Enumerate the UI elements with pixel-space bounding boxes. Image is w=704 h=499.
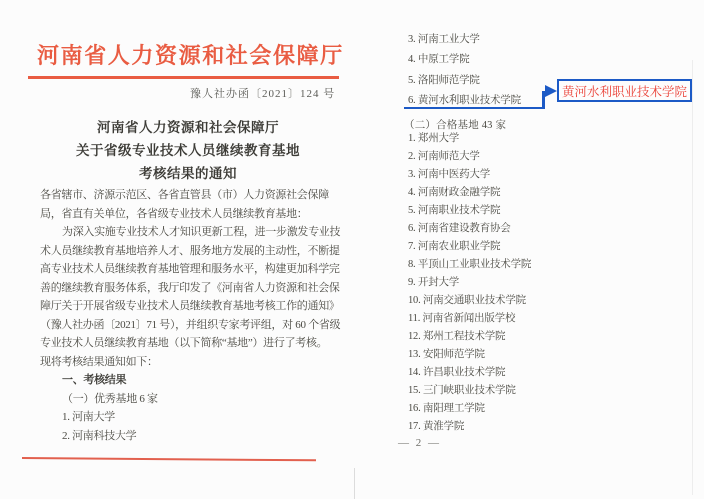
page1-footer-red-line: [22, 457, 316, 461]
body-line: 各省辖市、济源示范区、各省直管县（市）人力资源社会保障: [40, 186, 342, 205]
section-heading-results: 一、考核结果: [40, 371, 342, 390]
list-item: 3. 河南中医药大学: [408, 166, 668, 184]
list-item: 7. 河南农业职业学院: [408, 238, 668, 256]
body-line: 为深入实施专业技术人才知识更新工程，进一步激发专业技: [40, 223, 342, 242]
body-line: 术人员继续教育基地培养人才、服务地方发展的主动性，不断提: [40, 242, 342, 261]
list-item: 9. 开封大学: [408, 274, 668, 292]
body-line: 局，省直有关单位，各省级专业技术人员继续教育基地：: [40, 205, 342, 224]
list-item: 8. 平顶山工业职业技术学院: [408, 256, 668, 274]
list-item: 2. 河南科技大学: [40, 427, 342, 446]
list-item: 14. 许昌职业技术学院: [408, 364, 668, 382]
arrow-right-icon: [545, 85, 557, 97]
list-item: 1. 河南大学: [40, 408, 342, 427]
callout-label-text: 黄河水利职业技术学院: [562, 82, 687, 100]
highlight-underline: [404, 107, 544, 109]
document-title-line: 关于省级专业技术人员继续教育基地: [38, 139, 338, 162]
body-line: 现将考核结果通知如下：: [40, 353, 342, 372]
letterhead-divider: [28, 76, 339, 79]
list-item: 1. 郑州大学: [408, 130, 668, 148]
document-title: 河南省人力资源和社会保障厅 关于省级专业技术人员继续教育基地 考核结果的通知: [38, 116, 338, 185]
document-number: 豫人社办函〔2021〕124 号: [190, 85, 335, 101]
list-item: 11. 河南省新闻出版学校: [408, 310, 668, 328]
scanned-document: 河南省人力资源和社会保障厅 豫人社办函〔2021〕124 号 河南省人力资源和社…: [0, 0, 704, 499]
page1-edge-shadow: [354, 468, 355, 499]
document-title-line: 考核结果的通知: [38, 162, 338, 185]
list-item: 15. 三门峡职业技术学院: [408, 382, 668, 400]
callout-label-box: 黄河水利职业技术学院: [557, 79, 692, 102]
list-item: 16. 南阳理工学院: [408, 400, 668, 418]
body-line: 障厅关于开展省级专业技术人员继续教育基地考核工作的通知》: [40, 297, 342, 316]
list-item: 12. 郑州工程技术学院: [408, 328, 668, 346]
document-title-line: 河南省人力资源和社会保障厅: [38, 116, 338, 139]
list-item: 6. 河南省建设教育协会: [408, 220, 668, 238]
body-line: 专业技术人员继续教育基地（以下简称“基地”）进行了考核。: [40, 334, 342, 353]
list-item: 5. 河南职业技术学院: [408, 202, 668, 220]
list-item: 4. 中原工学院: [408, 50, 668, 70]
body-line: 善的继续教育服务体系，我厅印发了《河南省人力资源和社会保: [40, 279, 342, 298]
document-body: 各省辖市、济源示范区、各省直管县（市）人力资源社会保障 局，省直有关单位，各省级…: [40, 186, 342, 445]
list-item: 3. 河南工业大学: [408, 30, 668, 50]
list-item: 10. 河南交通职业技术学院: [408, 292, 668, 310]
body-line: （豫人社办函〔2021〕71 号），并组织专家考评组，对 60 个省级: [40, 316, 342, 335]
letterhead-title: 河南省人力资源和社会保障厅: [37, 39, 344, 70]
list-item: 17. 黄淮学院: [408, 418, 668, 436]
body-line: 高专业技术人员继续教育基地管理和服务水平，构建更加科学完: [40, 260, 342, 279]
list-item: 4. 河南财政金融学院: [408, 184, 668, 202]
list-item: 13. 安阳师范学院: [408, 346, 668, 364]
subsection-excellent-bases: （一）优秀基地 6 家: [40, 390, 342, 409]
page-number: — 2 —: [398, 437, 441, 449]
list-item: 2. 河南师范大学: [408, 148, 668, 166]
page2-edge-shadow: [692, 60, 693, 495]
qualified-bases-list: 1. 郑州大学 2. 河南师范大学 3. 河南中医药大学 4. 河南财政金融学院…: [408, 130, 668, 436]
